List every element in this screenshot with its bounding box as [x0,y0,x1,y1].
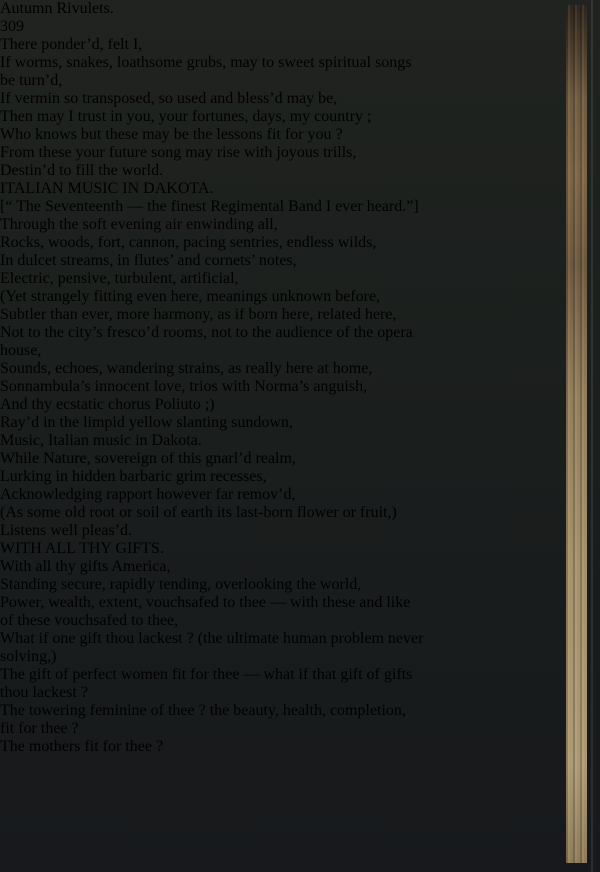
verse-line: Standing secure, rapidly tending, overlo… [0,576,600,594]
stanza: Through the soft evening air enwinding a… [0,216,600,450]
verse-line: Then may I trust in you, your fortunes, … [0,108,600,126]
verse-line: The towering feminine of thee ? the beau… [0,702,600,720]
verse-line: Destin’d to fill the world. [0,162,600,180]
verse-line: thou lackest ? [0,684,600,702]
running-title: Autumn Rivulets. [0,0,600,18]
verse-line: house, [0,342,600,360]
verse-line: If worms, snakes, loathsome grubs, may t… [0,54,600,72]
page-text-block: Autumn Rivulets. 309 There ponder’d, fel… [0,0,600,756]
verse-line: There ponder’d, felt I, [0,36,600,54]
verse-line: Through the soft evening air enwinding a… [0,216,600,234]
verse-line: Lurking in hidden barbaric grim recesses… [0,468,600,486]
verse-line: Who knows but these may be the lessons f… [0,126,600,144]
verse-line: Sounds, echoes, wandering strains, as re… [0,360,600,378]
verse-line: Rocks, woods, fort, cannon, pacing sentr… [0,234,600,252]
background-streak [591,0,593,872]
stanza: While Nature, sovereign of this gnarl’d … [0,450,600,540]
verse-line: Electric, pensive, turbulent, artificial… [0,270,600,288]
stanza: With all thy gifts America,Standing secu… [0,558,600,756]
book-page: Autumn Rivulets. 309 There ponder’d, fel… [0,0,600,756]
verse-line: From these your future song may rise wit… [0,144,600,162]
poem-title: ITALIAN MUSIC IN DAKOTA. [0,180,600,198]
verse-line: The mothers fit for thee ? [0,738,600,756]
verse-line: If vermin so transposed, so used and ble… [0,90,600,108]
verse-line: With all thy gifts America, [0,558,600,576]
verse-line: (Yet strangely fitting even here, meanin… [0,288,600,306]
verse-line: Sonnambula’s innocent love, trios with N… [0,378,600,396]
poem-content: There ponder’d, felt I,If worms, snakes,… [0,36,600,756]
page-number: 309 [0,18,600,36]
scanned-book-photo: Autumn Rivulets. 309 There ponder’d, fel… [0,0,600,872]
poem-subtitle: [“ The Seventeenth — the finest Regiment… [0,198,600,216]
verse-line: While Nature, sovereign of this gnarl’d … [0,450,600,468]
verse-line: fit for thee ? [0,720,600,738]
poem-title: WITH ALL THY GIFTS. [0,540,600,558]
verse-line: Power, wealth, extent, vouchsafed to the… [0,594,600,612]
book-fore-edge [566,5,587,863]
page-header: Autumn Rivulets. 309 [0,0,600,36]
verse-line: solving,) [0,648,600,666]
verse-line: (As some old root or soil of earth its l… [0,504,600,522]
verse-line: Acknowledging rapport however far remov’… [0,486,600,504]
page-stack-bottom-edge [0,830,590,867]
verse-line: Not to the city’s fresco’d rooms, not to… [0,324,600,342]
verse-line: In dulcet streams, in flutes’ and cornet… [0,252,600,270]
verse-line: What if one gift thou lackest ? (the ult… [0,630,600,648]
verse-line: Music, Italian music in Dakota. [0,432,600,450]
verse-line: of these vouchsafed to thee, [0,612,600,630]
verse-line: The gift of perfect women fit for thee —… [0,666,600,684]
verse-line: Listens well pleas’d. [0,522,600,540]
verse-line: Ray’d in the limpid yellow slanting sund… [0,414,600,432]
verse-line: And thy ecstatic chorus Poliuto ;) [0,396,600,414]
verse-line: Subtler than ever, more harmony, as if b… [0,306,600,324]
stanza: There ponder’d, felt I,If worms, snakes,… [0,36,600,180]
verse-line: be turn’d, [0,72,600,90]
